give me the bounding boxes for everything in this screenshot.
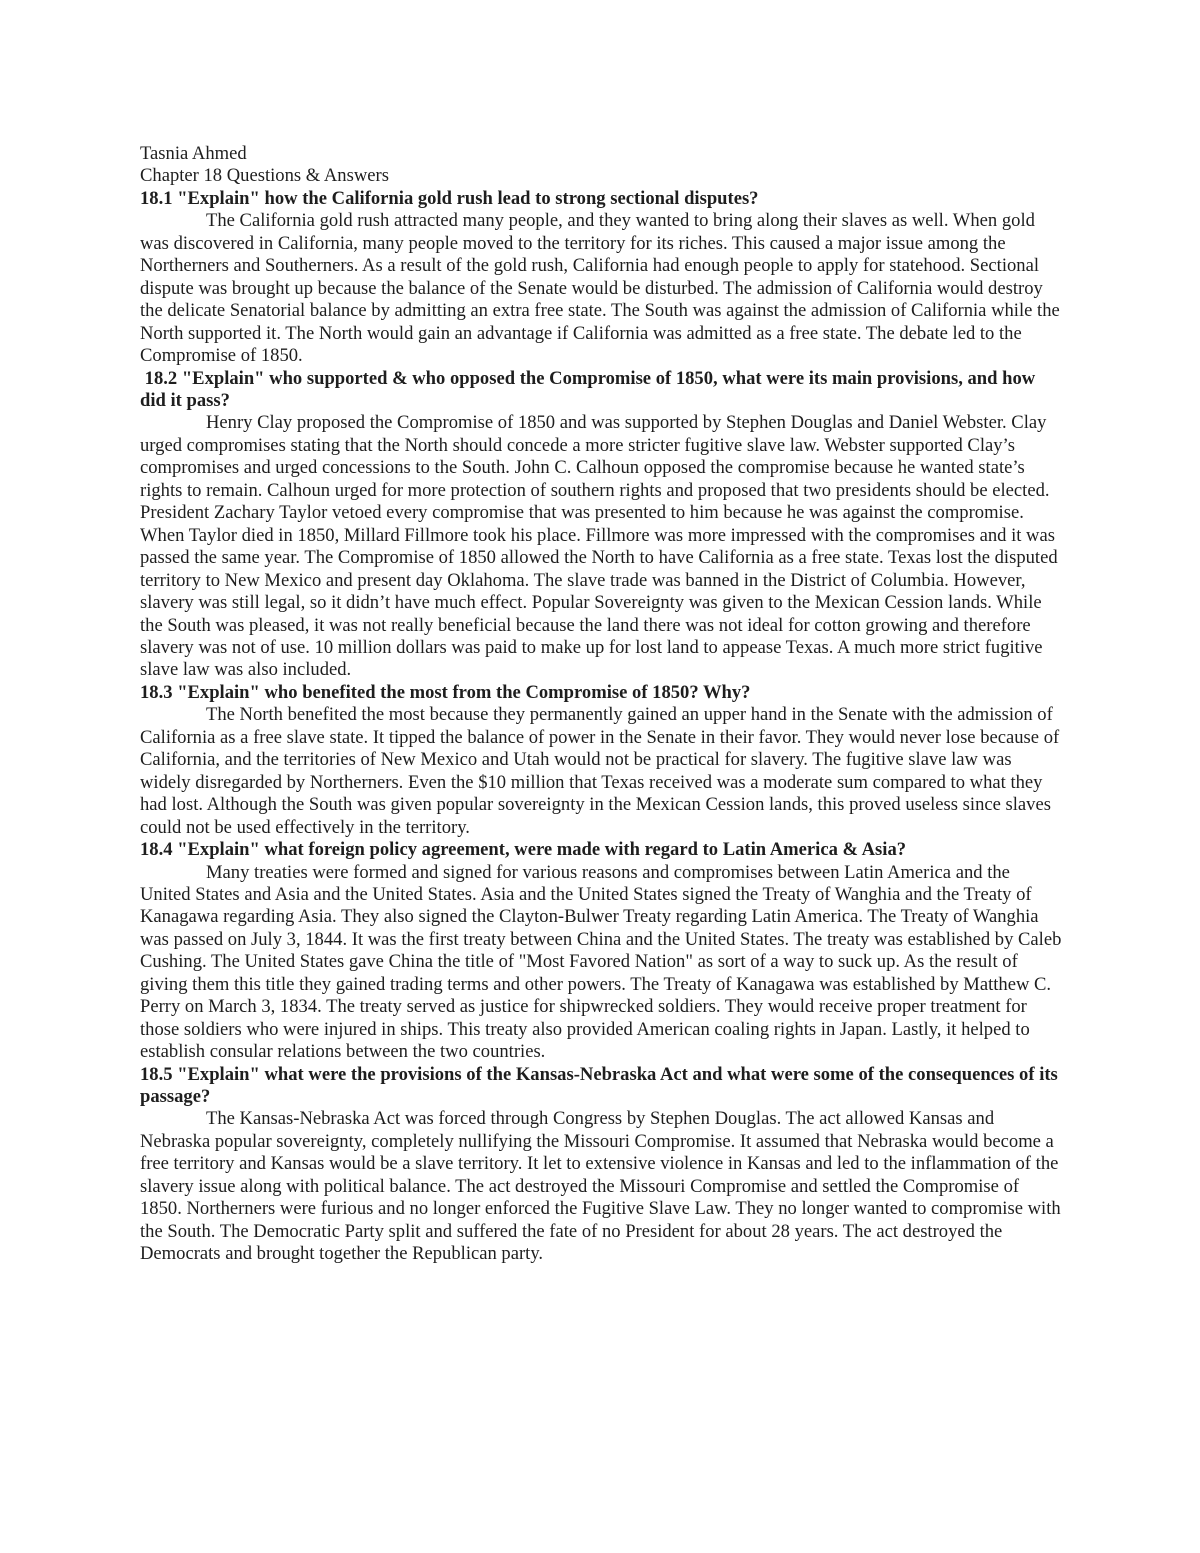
- document-content: Tasnia Ahmed Chapter 18 Questions & Answ…: [140, 143, 1064, 1266]
- question-18-5: 18.5 "Explain" what were the provisions …: [140, 1064, 1064, 1109]
- question-18-3: 18.3 "Explain" who benefited the most fr…: [140, 682, 1064, 704]
- answer-18-3: The North benefited the most because the…: [140, 704, 1064, 839]
- answer-18-5: The Kansas-Nebraska Act was forced throu…: [140, 1108, 1064, 1265]
- document-title: Chapter 18 Questions & Answers: [140, 165, 1064, 187]
- author-name: Tasnia Ahmed: [140, 143, 1064, 165]
- question-18-1: 18.1 "Explain" how the California gold r…: [140, 188, 1064, 210]
- question-18-2: 18.2 "Explain" who supported & who oppos…: [140, 368, 1064, 413]
- answer-18-2: Henry Clay proposed the Compromise of 18…: [140, 412, 1064, 681]
- answer-18-1: The California gold rush attracted many …: [140, 210, 1064, 367]
- question-18-4: 18.4 "Explain" what foreign policy agree…: [140, 839, 1064, 861]
- document-page: Tasnia Ahmed Chapter 18 Questions & Answ…: [0, 0, 1200, 1553]
- answer-18-4: Many treaties were formed and signed for…: [140, 862, 1064, 1064]
